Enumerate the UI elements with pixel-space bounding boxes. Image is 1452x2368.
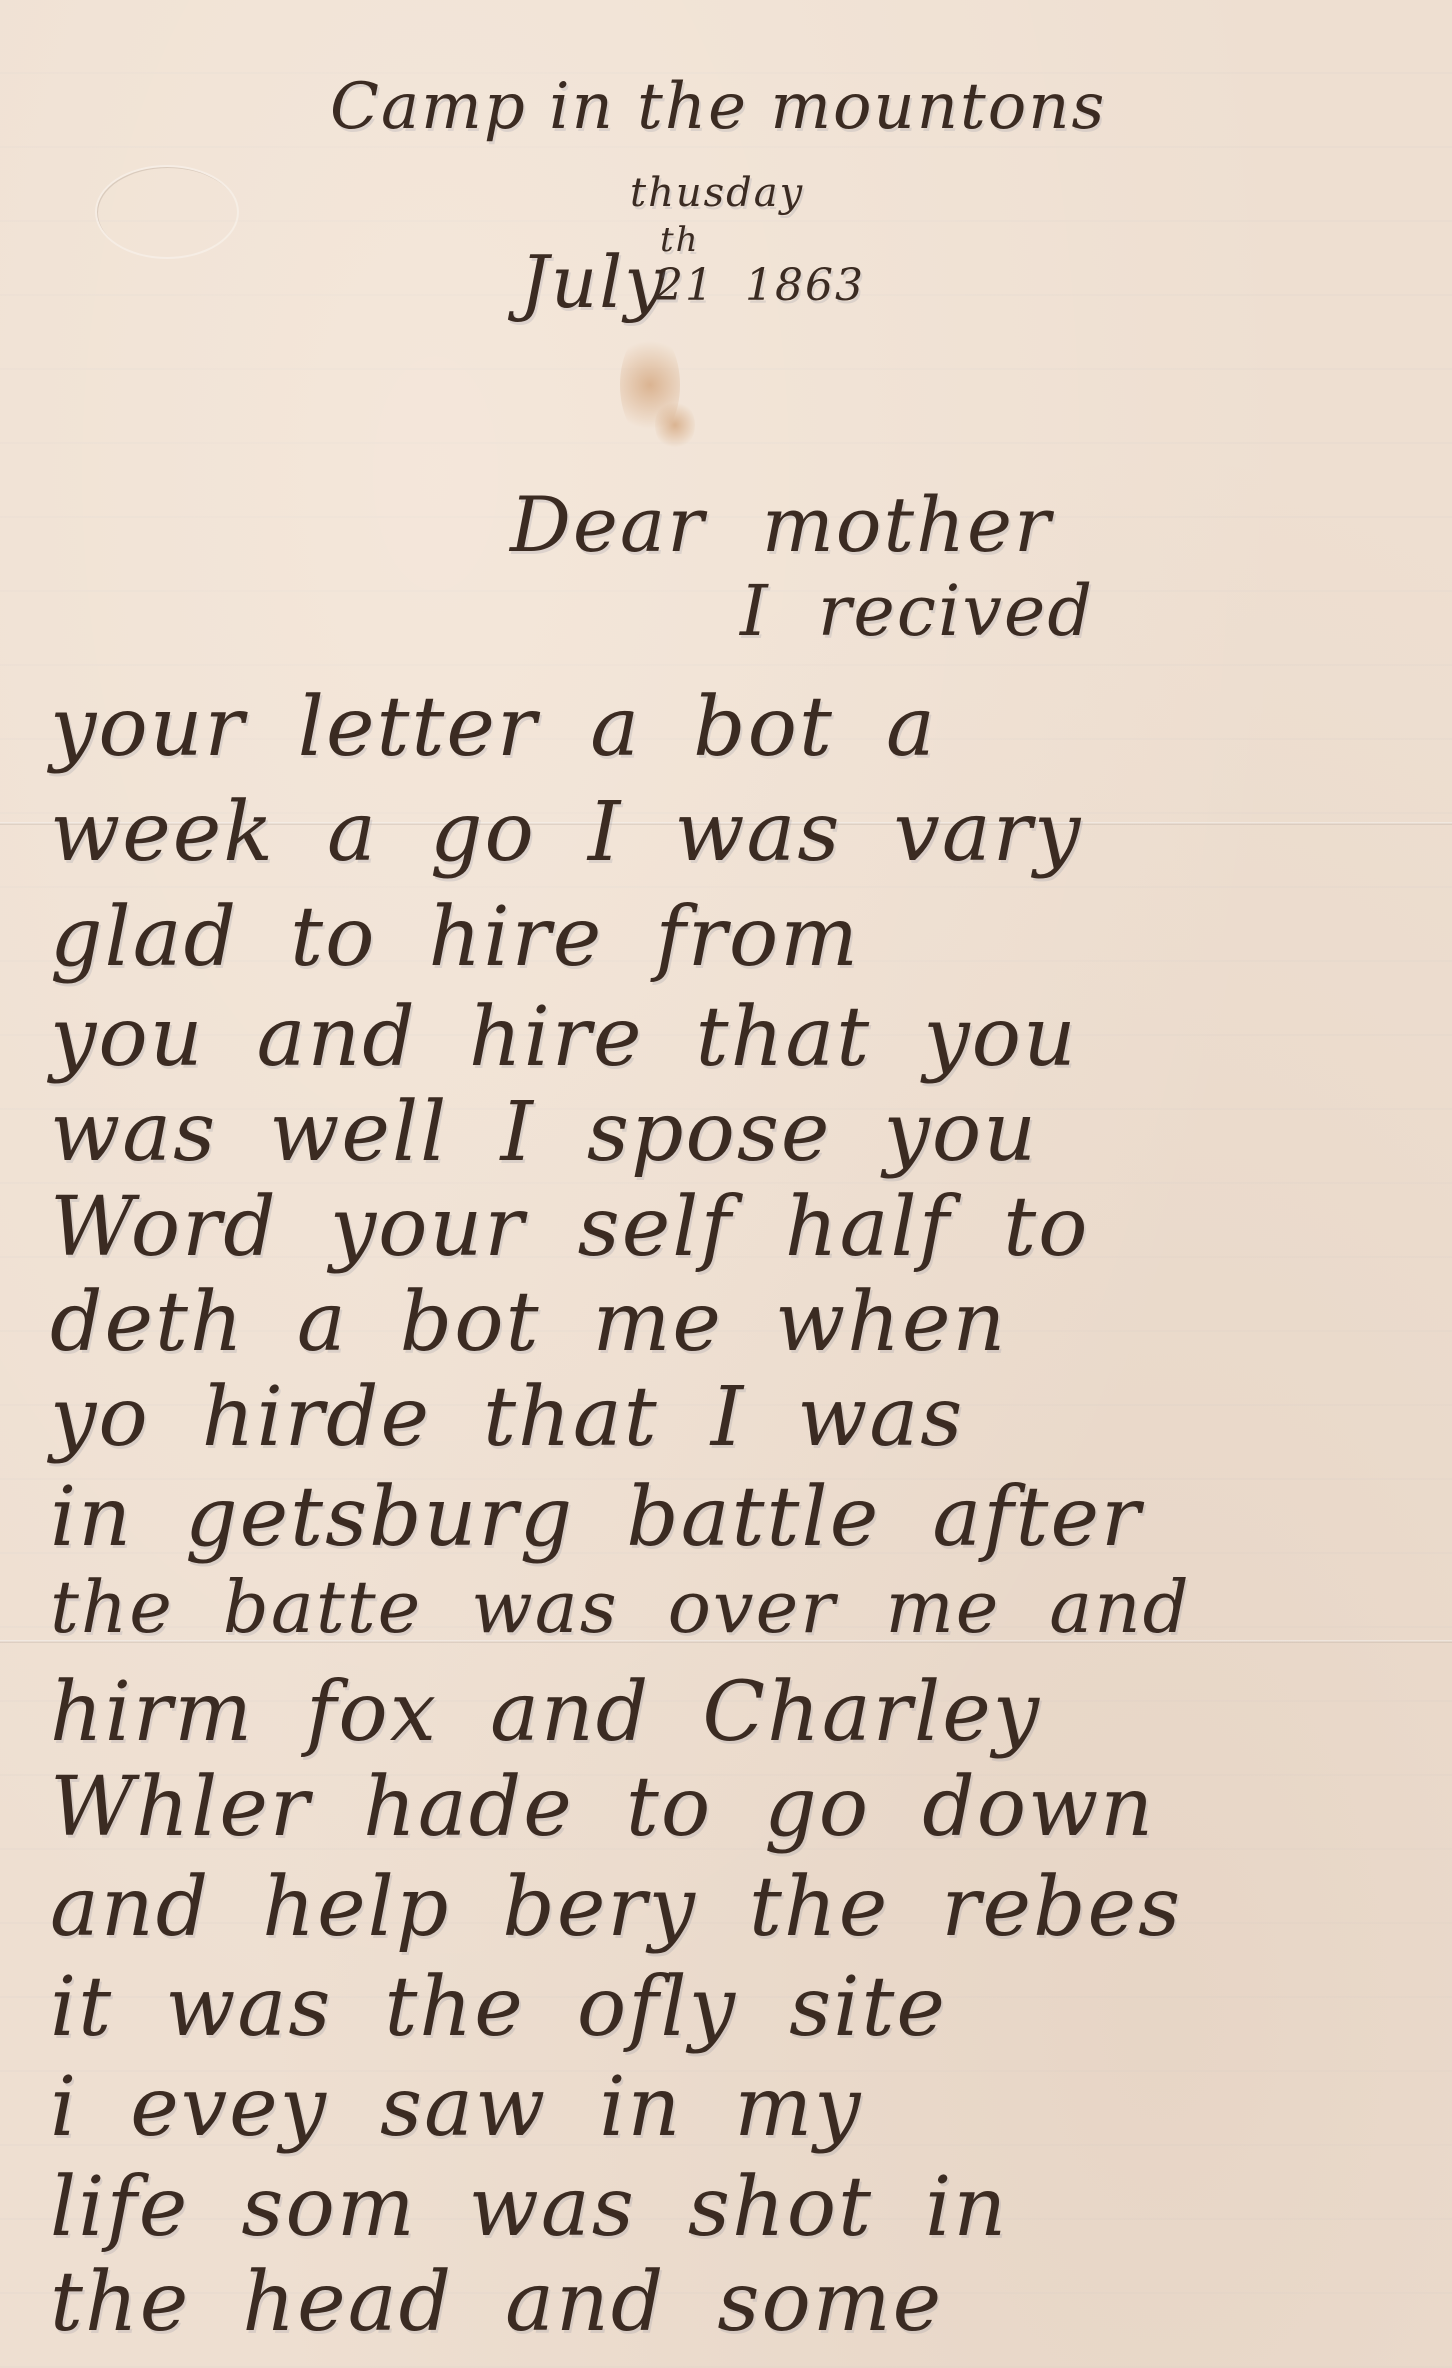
body-line: the head and some — [50, 2255, 943, 2350]
date-suffix: th — [660, 220, 700, 260]
body-line: deth a bot me when — [50, 1275, 1007, 1370]
ink-stain — [655, 400, 695, 450]
body-line: was well I spose you — [50, 1085, 1038, 1180]
date-month: July — [520, 240, 667, 324]
letter-page: Camp in the mountons thusday July th 21 … — [0, 0, 1452, 2368]
letter-location: Camp in the mountons — [330, 70, 1106, 144]
body-line: I recived — [740, 570, 1094, 652]
body-line: the batte was over me and — [50, 1565, 1191, 1649]
letter-weekday: thusday — [630, 170, 804, 216]
body-line: you and hire that you — [50, 990, 1078, 1085]
body-line: and help bery the rebes — [50, 1860, 1182, 1955]
date-day: 21 — [655, 260, 715, 311]
body-line: life som was shot in — [50, 2160, 1008, 2255]
body-line: week a go I was vary — [50, 785, 1082, 880]
body-line: in getsburg battle after — [50, 1470, 1142, 1565]
body-line: your letter a bot a — [50, 680, 937, 775]
body-line: glad to hire from — [50, 890, 860, 985]
salutation: Dear mother — [510, 480, 1052, 569]
date-year: 1863 — [745, 260, 865, 311]
embossed-stamp — [95, 165, 239, 259]
body-line: hirm fox and Charley — [50, 1665, 1041, 1760]
body-line: it was the ofly site — [50, 1960, 947, 2055]
letter-date: July th 21 1863 — [520, 240, 667, 324]
body-line: yo hirde that I was — [50, 1370, 964, 1465]
body-line: Whler hade to go down — [50, 1760, 1155, 1855]
body-line: Word your self half to — [50, 1180, 1090, 1275]
body-line: i evey saw in my — [50, 2060, 862, 2155]
